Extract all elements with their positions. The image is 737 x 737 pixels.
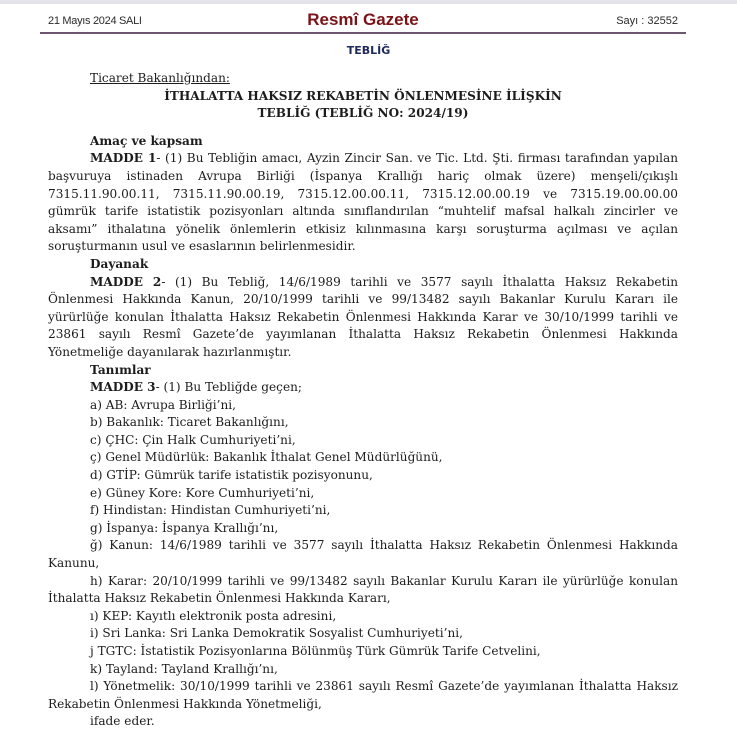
definition-item: ı) KEP: Kayıtlı elektronik posta adresin… — [48, 608, 678, 626]
document-title-line-2: TEBLİĞ (TEBLİĞ NO: 2024/19) — [48, 105, 678, 123]
section-heading: Tanımlar — [90, 362, 678, 380]
article-label: MADDE 1 — [90, 151, 156, 165]
top-band — [0, 0, 737, 4]
definitions-list: a) AB: Avrupa Birliği’ni, b) Bakanlık: T… — [48, 397, 678, 731]
section-heading: Dayanak — [90, 256, 678, 274]
gazette-title: Resmî Gazete — [40, 10, 686, 30]
definition-item: ğ) Kanun: 14/6/1989 tarihli ve 3577 sayı… — [48, 537, 678, 572]
section-heading: Amaç ve kapsam — [90, 133, 678, 151]
issuer: Ticaret Bakanlığından: — [90, 70, 678, 88]
definition-item: ç) Genel Müdürlük: Bakanlık İthalat Gene… — [48, 449, 678, 467]
definition-item: c) ÇHC: Çin Halk Cumhuriyeti’ni, — [48, 432, 678, 450]
document-body: Ticaret Bakanlığından: İTHALATTA HAKSIZ … — [48, 70, 678, 731]
definition-item: g) İspanya: İspanya Krallığı’nı, — [48, 520, 678, 538]
article-label: MADDE 2 — [90, 275, 161, 289]
issue-number: Sayı : 32552 — [616, 15, 678, 27]
definition-item: d) GTİP: Gümrük tarife istatistik pozisy… — [48, 467, 678, 485]
definition-item: l) Yönetmelik: 30/10/1999 tarihli ve 238… — [48, 678, 678, 713]
article-2: MADDE 2- (1) Bu Tebliğ, 14/6/1989 tarihl… — [48, 274, 678, 362]
article-1: MADDE 1- (1) Bu Tebliğin amacı, Ayzin Zi… — [48, 150, 678, 256]
article-3: MADDE 3- (1) Bu Tebliğde geçen; — [48, 379, 678, 397]
definition-item: a) AB: Avrupa Birliği’ni, — [48, 397, 678, 415]
definition-item: k) Tayland: Tayland Krallığı’nı, — [48, 661, 678, 679]
definition-item: b) Bakanlık: Ticaret Bakanlığını, — [48, 414, 678, 432]
definition-item: i) Sri Lanka: Sri Lanka Demokratik Sosya… — [48, 625, 678, 643]
article-text: - (1) Bu Tebliğde geçen; — [156, 380, 302, 394]
definition-item: h) Karar: 20/10/1999 tarihli ve 99/13482… — [48, 573, 678, 608]
definition-item: j TGTC: İstatistik Pozisyonlarına Bölünm… — [48, 643, 678, 661]
article-label: MADDE 3 — [90, 380, 156, 394]
definition-item: e) Güney Kore: Kore Cumhuriyeti’ni, — [48, 485, 678, 503]
definition-closing: ifade eder. — [48, 713, 678, 731]
gazette-header: 21 Mayıs 2024 SALI Resmî Gazete Sayı : 3… — [40, 8, 686, 34]
article-text: - (1) Bu Tebliğin amacı, Ayzin Zincir Sa… — [48, 151, 678, 253]
document-title-line-1: İTHALATTA HAKSIZ REKABETİN ÖNLENMESİNE İ… — [48, 88, 678, 106]
definition-item: f) Hindistan: Hindistan Cumhuriyeti’ni, — [48, 502, 678, 520]
section-type: TEBLİĞ — [0, 44, 737, 57]
